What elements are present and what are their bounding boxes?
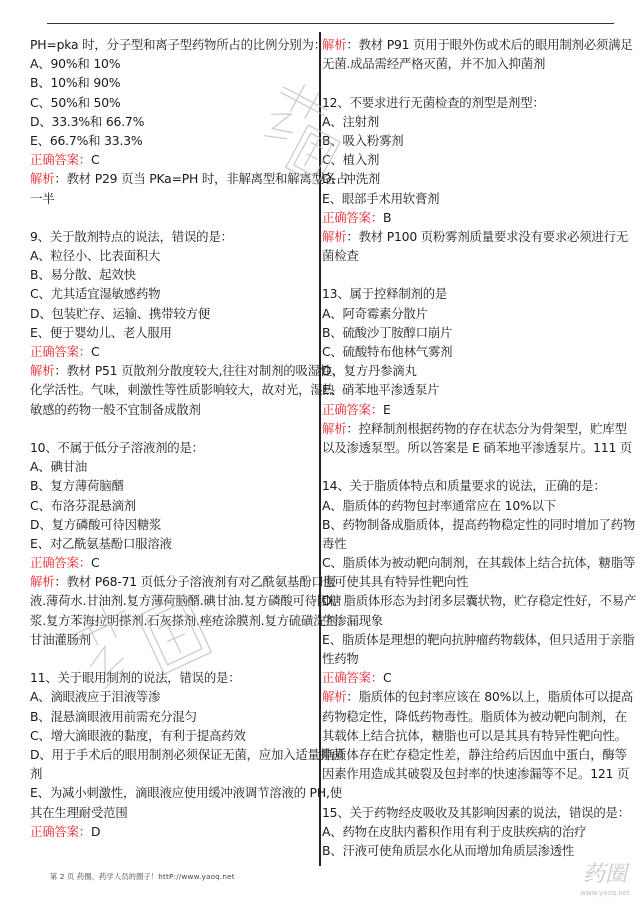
question-stem: PH=pka 时，分子型和离子型药物所占的比例分别为： — [30, 35, 316, 54]
option-e: E、为减小刺激性，滴眼液应使用缓冲液调节溶液的 PH,使 — [30, 783, 316, 802]
answer-value: C — [383, 670, 391, 685]
question-8-tail: PH=pka 时，分子型和离子型药物所占的比例分别为： A、90%和 10% B… — [30, 35, 316, 208]
header-rule — [47, 23, 614, 24]
option-d: D、脂质体形态为封闭多层囊状物，贮存稳定性好，不易产 — [322, 591, 615, 610]
option-b: B、硫酸沙丁胺醇口崩片 — [322, 323, 615, 342]
answer-label: 正确答案 — [30, 344, 79, 359]
option-a: A、90%和 10% — [30, 54, 316, 73]
question-stem: 12、不要求进行无菌检查的剂型是剂型： — [322, 93, 615, 112]
option-d: D、冲洗剂 — [322, 169, 615, 188]
question-stem: 10、不属于低分子溶液剂的是： — [30, 438, 316, 457]
analysis-line: 敏感的药物一般不宜制备成散剂 — [30, 400, 316, 419]
answer-label: 正确答案 — [322, 210, 371, 225]
answer-line: 正确答案：C — [322, 668, 615, 687]
option-e: E、脂质体是理想的靶向抗肿瘤药物载体，但只适用于亲脂 — [322, 630, 615, 649]
option-b: B、药物制备成脂质体，提高药物稳定性的同时增加了药物 — [322, 515, 615, 534]
analysis-label: 解析 — [30, 363, 54, 378]
question-stem: 15、关于药物经皮吸收及其影响因素的说法，错误的是： — [322, 803, 615, 822]
column-divider — [319, 32, 321, 866]
analysis-line: 一半 — [30, 189, 316, 208]
analysis-line: 解析：脂质体的包封率应该在 80%以上，脂质体可以提高 — [322, 687, 615, 706]
option-b: B、汗液可使角质层水化从而增加角质层渗透性 — [322, 841, 615, 860]
option-d: D、复方磷酸可待因糖浆 — [30, 515, 316, 534]
option-e-cont: 性药物 — [322, 649, 615, 668]
watermark-logo-text: 药圈 — [572, 862, 638, 888]
option-c: C、硫酸特布他林气雾剂 — [322, 342, 615, 361]
left-column: PH=pka 时，分子型和离子型药物所占的比例分别为： A、90%和 10% B… — [30, 35, 316, 841]
answer-line: 正确答案：C — [30, 150, 316, 169]
option-d-cont: 剂 — [30, 764, 316, 783]
option-c: C、布洛芬混悬滴剂 — [30, 496, 316, 515]
option-a: A、阿奇霉素分散片 — [322, 304, 615, 323]
question-13: 13、属于控释制剂的是 A、阿奇霉素分散片 B、硫酸沙丁胺醇口崩片 C、硫酸特布… — [322, 284, 615, 457]
right-column: 解析：教材 P91 页用于眼外伤或术后的眼用制剂必须满足 无菌.成品需经严格灭菌… — [322, 35, 615, 860]
analysis-label: 解析 — [30, 171, 54, 186]
answer-value: C — [91, 152, 99, 167]
analysis-label: 解析 — [322, 37, 346, 52]
question-14: 14、关于脂质体特点和质量要求的说法，正确的是： A、脂质体的药物包封率通常应在… — [322, 476, 615, 783]
answer-value: C — [91, 555, 99, 570]
question-stem: 13、属于控释制剂的是 — [322, 284, 615, 303]
answer-line: 正确答案：D — [30, 822, 316, 841]
answer-line: 正确答案：E — [322, 400, 615, 419]
analysis-line: 浆.复方苯海拉明搽剂.石灰搽剂.痤疮涂膜剂.复方硫磺洗剂. — [30, 611, 316, 630]
analysis-label: 解析 — [30, 574, 54, 589]
analysis-label: 解析 — [322, 421, 346, 436]
answer-line: 正确答案：C — [30, 342, 316, 361]
option-d-cont: 生渗漏现象 — [322, 611, 615, 630]
corner-watermark-logo: 药圈 www.yaoq.net — [572, 862, 638, 904]
analysis-line: 解析：控释制剂根据药物的存在状态分为骨架型，贮库型 — [322, 419, 615, 438]
analysis-line: 解析：教材 P91 页用于眼外伤或术后的眼用制剂必须满足 — [322, 35, 615, 54]
analysis-line: 解析：教材 P100 页粉雾剂质量要求没有要求必须进行无 — [322, 227, 615, 246]
analysis-line: 解析：教材 P29 页当 PKa=PH 时，非解离型和解离型各占 — [30, 169, 316, 188]
answer-value: B — [383, 210, 391, 225]
question-stem: 11、关于眼用制剂的说法，错误的是： — [30, 668, 316, 687]
answer-label: 正确答案 — [30, 555, 79, 570]
analysis-line: 其载体上结合抗体，糖脂也可以是其具有特异性靶向性。 — [322, 726, 615, 745]
answer-label: 正确答案 — [30, 152, 79, 167]
answer-label: 正确答案 — [30, 824, 79, 839]
option-a: A、粒径小、比表面积大 — [30, 246, 316, 265]
analysis-line: 药物稳定性，降低药物毒性。脂质体为被动靶向制剂，在 — [322, 707, 615, 726]
option-b: B、复方薄荷脑醑 — [30, 476, 316, 495]
watermark-url: www.yaoq.net — [572, 888, 638, 898]
analysis-line: 脂质体存在贮存稳定性差，静注给药后因血中蛋白，酶等 — [322, 745, 615, 764]
analysis-line: 解析：教材 P68-71 页低分子溶液剂有对乙酰氨基酚口服 — [30, 572, 316, 591]
answer-line: 正确答案：B — [322, 208, 615, 227]
answer-line: 正确答案：C — [30, 553, 316, 572]
question-stem: 9、关于散剂特点的说法，错误的是： — [30, 227, 316, 246]
analysis-label: 解析 — [322, 689, 346, 704]
analysis-line: 解析：教材 P51 页散剂分散度较大,往往对制剂的吸湿性， — [30, 361, 316, 380]
answer-value: E — [383, 402, 391, 417]
option-a: A、碘甘油 — [30, 457, 316, 476]
option-e: E、便于婴幼儿、老人服用 — [30, 323, 316, 342]
analysis-line: 甘油灌肠剂 — [30, 630, 316, 649]
question-10: 10、不属于低分子溶液剂的是： A、碘甘油 B、复方薄荷脑醑 C、布洛芬混悬滴剂… — [30, 438, 316, 649]
analysis-line: 无菌.成品需经严格灭菌，并不加入抑菌剂 — [322, 54, 615, 73]
option-b-cont: 毒性 — [322, 534, 615, 553]
option-d: D、复方丹参滴丸 — [322, 361, 615, 380]
analysis-line: 因素作用造成其破裂及包封率的快速渗漏等不足。121 页 — [322, 764, 615, 783]
answer-label: 正确答案 — [322, 402, 371, 417]
analysis-line: 以及渗透泵型。所以答案是 E 硝苯地平渗透泵片。111 页 — [322, 438, 615, 457]
answer-value: D — [91, 824, 100, 839]
option-c: C、增大滴眼液的黏度，有利于提高药效 — [30, 726, 316, 745]
question-15: 15、关于药物经皮吸收及其影响因素的说法，错误的是： A、药物在皮肤内蓄积作用有… — [322, 803, 615, 861]
option-a: A、注射剂 — [322, 112, 615, 131]
analysis-label: 解析 — [322, 229, 346, 244]
question-11: 11、关于眼用制剂的说法，错误的是： A、滴眼液应于泪液等渗 B、混悬滴眼液用前… — [30, 668, 316, 841]
question-9: 9、关于散剂特点的说法，错误的是： A、粒径小、比表面积大 B、易分散、起效快 … — [30, 227, 316, 419]
page-footer: 第 2 页 药圈，药学人员的圈子！httP://www.yaoq.net — [50, 872, 235, 882]
option-d: D、用于手术后的眼用制剂必须保证无菌，应加入适量抑菌 — [30, 745, 316, 764]
question-12: 12、不要求进行无菌检查的剂型是剂型： A、注射剂 B、吸入粉雾剂 C、植入剂 … — [322, 93, 615, 266]
option-e-cont: 其在生理耐受范围 — [30, 803, 316, 822]
option-e: E、硝苯地平渗透泵片 — [322, 380, 615, 399]
analysis-line: 液.薄荷水.甘油剂.复方薄荷脑醑.碘甘油.复方磷酸可待因糖 — [30, 591, 316, 610]
option-b: B、混悬滴眼液用前需充分混匀 — [30, 707, 316, 726]
question-11-analysis: 解析：教材 P91 页用于眼外伤或术后的眼用制剂必须满足 无菌.成品需经严格灭菌… — [322, 35, 615, 73]
option-e: E、眼部手术用软膏剂 — [322, 189, 615, 208]
option-e: E、66.7%和 33.3% — [30, 131, 316, 150]
option-b: B、吸入粉雾剂 — [322, 131, 615, 150]
analysis-line: 化学活性。气味，刺激性等性质影响较大，故对光，湿热 — [30, 380, 316, 399]
answer-value: C — [91, 344, 99, 359]
option-a: A、药物在皮肤内蓄积作用有利于皮肤疾病的治疗 — [322, 822, 615, 841]
question-stem: 14、关于脂质体特点和质量要求的说法，正确的是： — [322, 476, 615, 495]
option-e: E、对乙酰氨基酚口服溶液 — [30, 534, 316, 553]
option-c-cont: 也可使其具有特异性靶向性 — [322, 572, 615, 591]
option-c: C、脂质体为被动靶向制剂，在其载体上结合抗体，糖脂等 — [322, 553, 615, 572]
option-c: C、尤其适宜湿敏感药物 — [30, 284, 316, 303]
option-b: B、易分散、起效快 — [30, 265, 316, 284]
option-a: A、脂质体的药物包封率通常应在 10%以下 — [322, 496, 615, 515]
answer-label: 正确答案 — [322, 670, 371, 685]
option-d: D、包装贮存、运输、携带较方便 — [30, 304, 316, 323]
analysis-line: 菌检查 — [322, 246, 615, 265]
option-c: C、植入剂 — [322, 150, 615, 169]
option-d: D、33.3%和 66.7% — [30, 112, 316, 131]
option-a: A、滴眼液应于泪液等渗 — [30, 687, 316, 706]
option-c: C、50%和 50% — [30, 93, 316, 112]
option-b: B、10%和 90% — [30, 73, 316, 92]
